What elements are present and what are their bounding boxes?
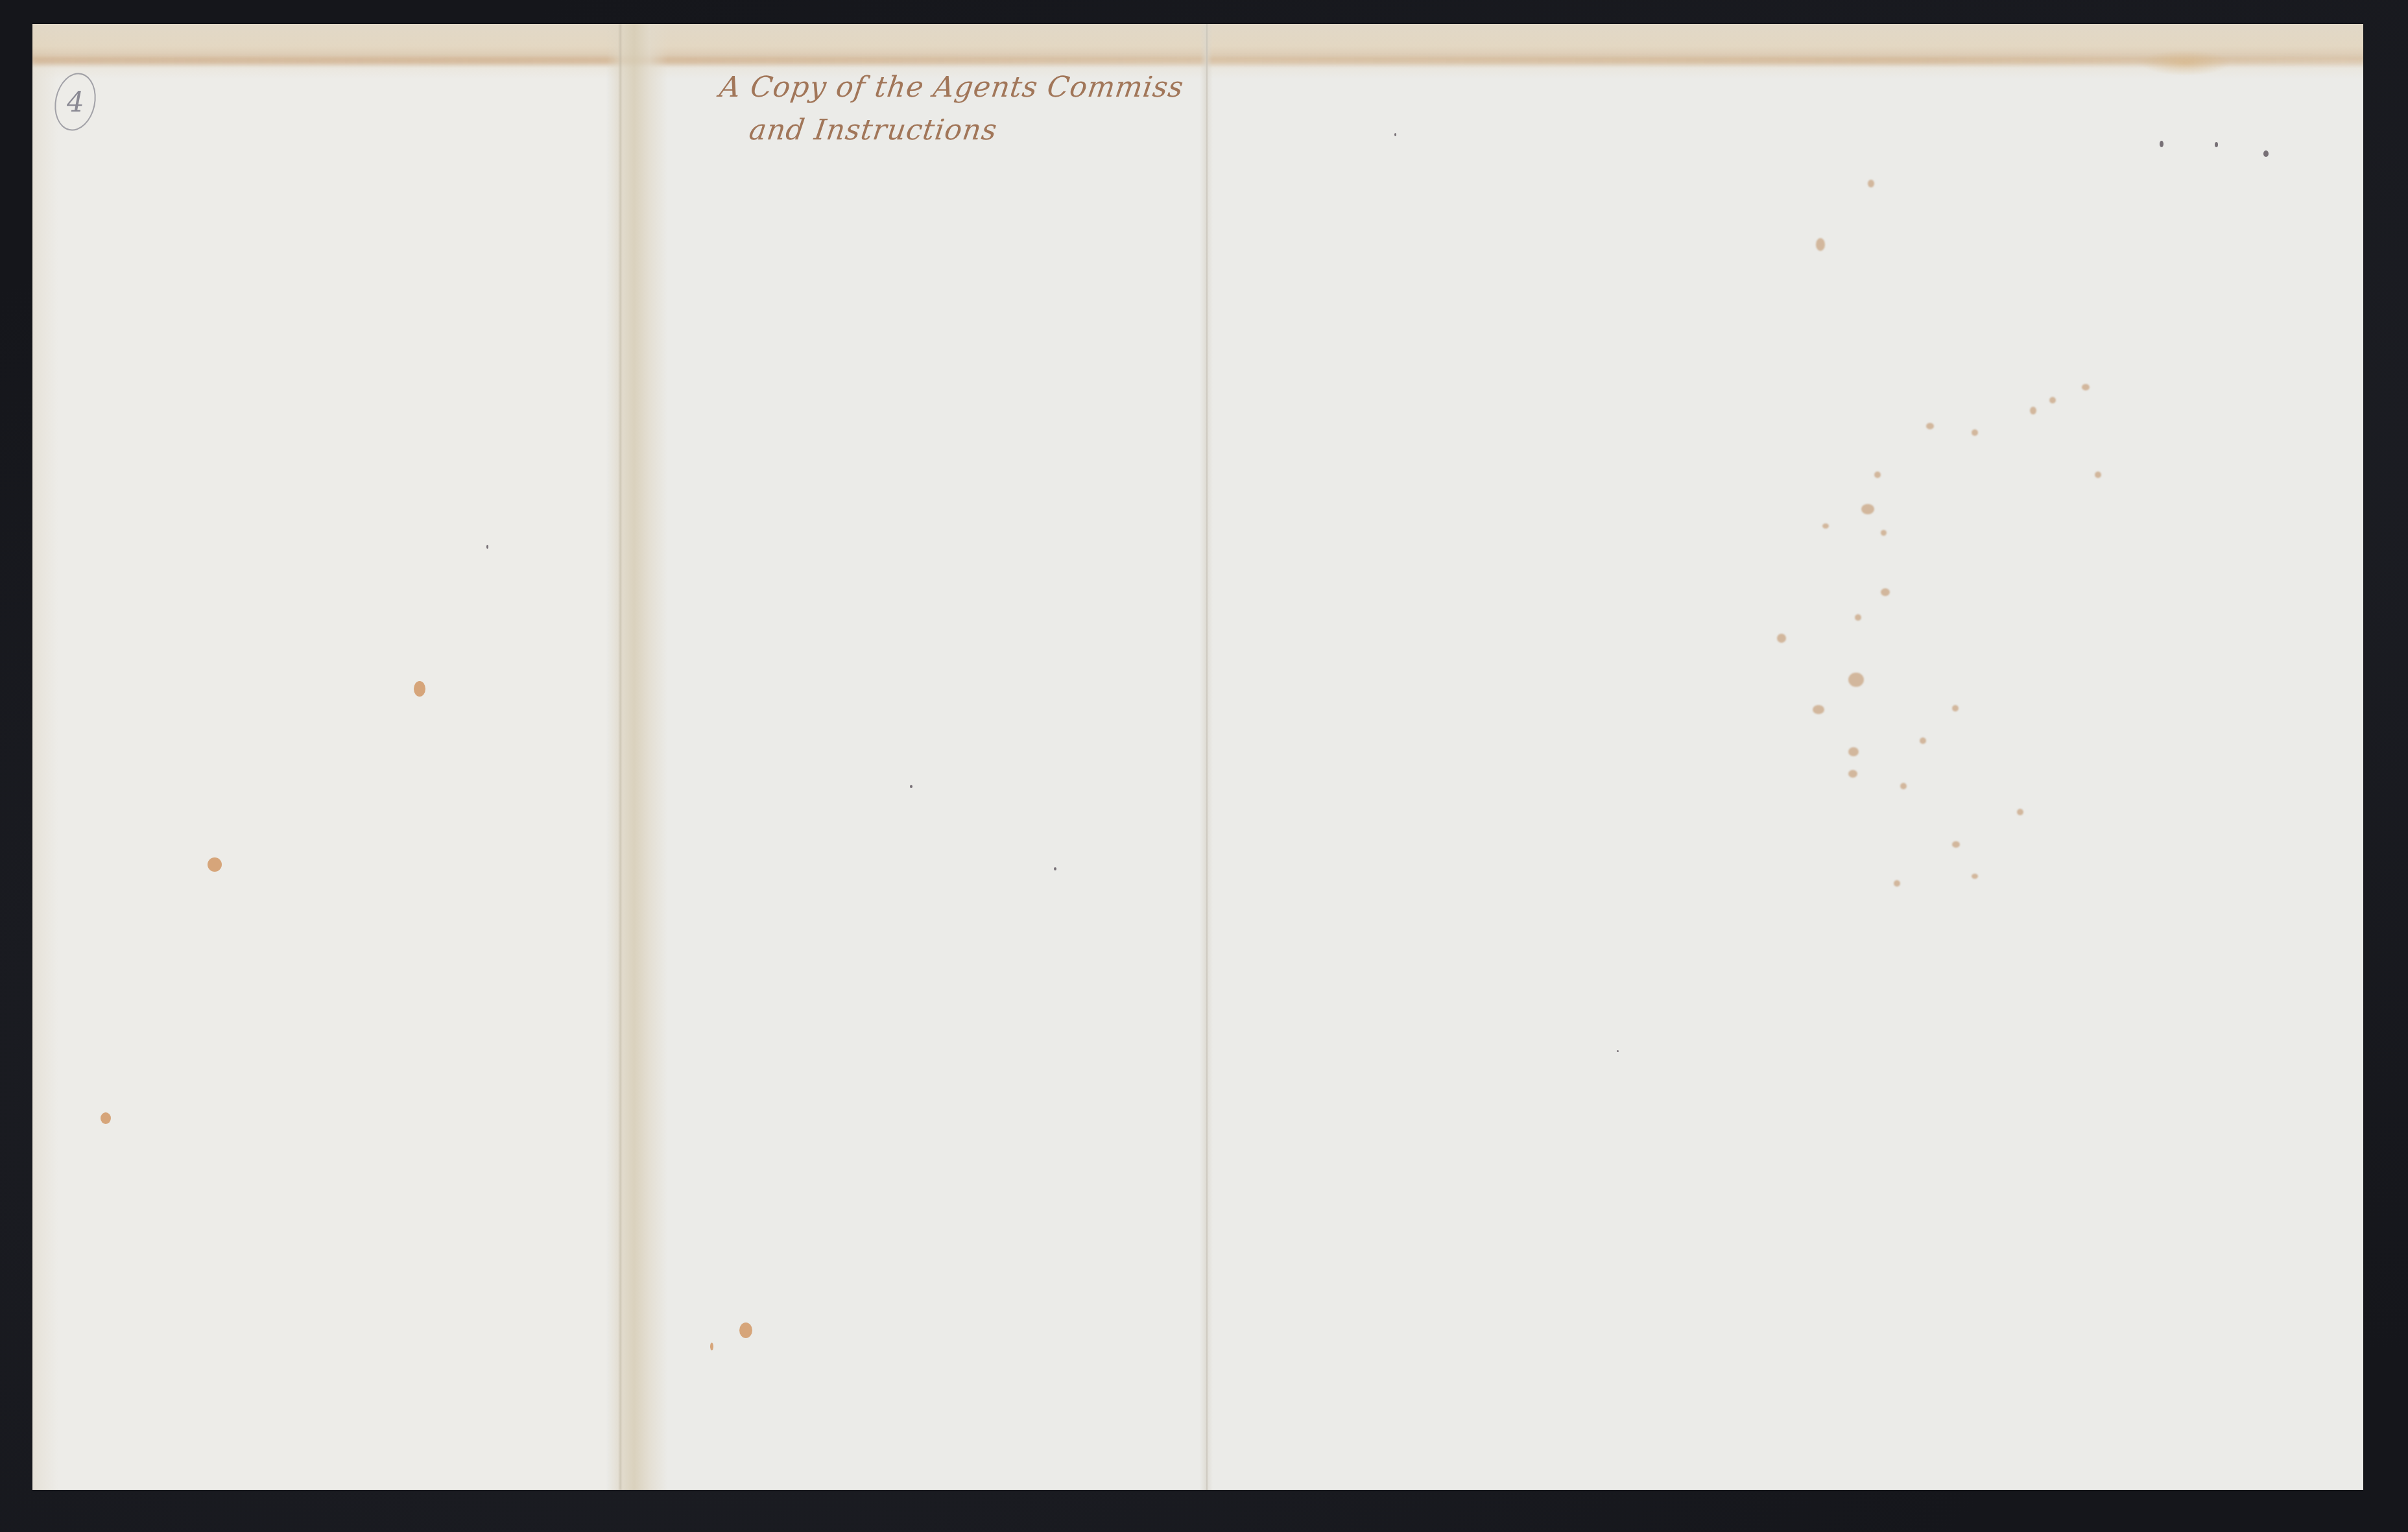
foxing-spot <box>1855 614 1861 621</box>
endorsement-line-2: and Instructions <box>711 109 1180 152</box>
foxing-spot <box>1816 238 1825 251</box>
dark-speck <box>486 545 488 549</box>
foxing-spot <box>1900 783 1907 789</box>
stained-fold-left <box>606 24 668 1490</box>
foxing-spot <box>1777 634 1786 643</box>
dark-speck <box>2160 141 2164 147</box>
stain-spot <box>208 857 222 872</box>
endorsement-line-1: A Copy of the Agents Commiss <box>717 71 1186 104</box>
foxing-spot <box>1952 705 1959 712</box>
foxing-spot <box>1848 673 1864 687</box>
foxing-spot <box>1848 747 1859 756</box>
foxing-spot <box>1920 737 1926 744</box>
foxing-spot <box>1881 588 1890 596</box>
foxing-spot <box>1952 841 1960 848</box>
top-right-stain <box>2140 50 2231 76</box>
foxing-spot <box>1972 429 1978 436</box>
foxing-spot <box>1861 504 1874 514</box>
endorsement-text: A Copy of the Agents Commiss and Instruc… <box>711 66 1187 152</box>
foxing-spot <box>1926 423 1934 429</box>
foxing-spot <box>1972 874 1978 879</box>
foxing-spot <box>1868 180 1874 187</box>
dark-speck <box>1394 133 1396 136</box>
foxing-spot <box>2017 809 2023 815</box>
fold-crease-left <box>619 24 621 1490</box>
foxing-spot <box>1894 880 1900 887</box>
foxing-spot <box>1881 530 1887 536</box>
dark-speck <box>910 785 912 788</box>
foxing-spot <box>1848 770 1857 778</box>
fold-crease-right <box>1206 24 1208 1490</box>
dark-speck <box>2263 150 2269 157</box>
dark-speck <box>2215 142 2218 147</box>
left-panel-tint <box>32 24 606 1490</box>
manuscript-sheet: 4 A Copy of the Agents Commiss and Instr… <box>32 24 2363 1490</box>
stain-spot <box>739 1323 752 1338</box>
foxing-spot <box>2095 472 2101 478</box>
foxing-spot <box>1822 523 1829 529</box>
dark-speck <box>1054 867 1056 870</box>
top-edge-stain <box>32 24 2363 79</box>
stain-spot <box>414 681 425 697</box>
stain-spot <box>710 1343 713 1350</box>
foxing-spot <box>2030 407 2036 414</box>
folio-number: 4 <box>67 86 84 117</box>
foxing-spot <box>2049 397 2056 403</box>
foxing-spot <box>1874 472 1881 478</box>
left-edge-discoloration <box>32 24 58 1490</box>
foxing-spot <box>1813 705 1824 714</box>
stain-spot <box>101 1112 111 1124</box>
dark-speck <box>1617 1050 1619 1052</box>
top-fold-crease <box>32 58 2363 64</box>
foxing-spot <box>2082 384 2090 390</box>
